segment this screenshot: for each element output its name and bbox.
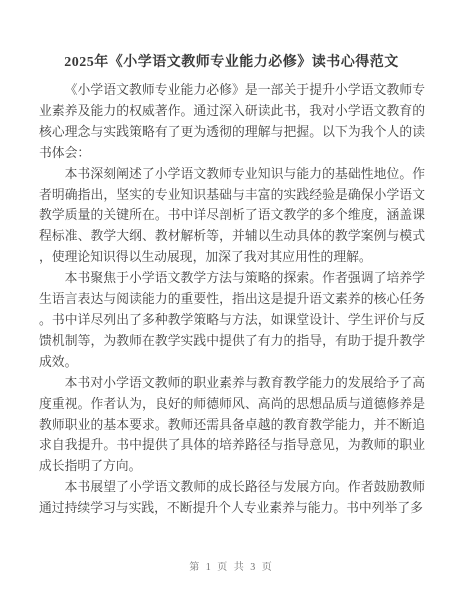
paragraph-growth-outlook: 本书展望了小学语文教师的成长路径与发展方向。作者鼓励教师通过持续学习与实践，不断… (39, 477, 425, 519)
paragraph-knowledge-foundation: 本书深刻阐述了小学语文教师专业知识与能力的基础性地位。作者明确指出，坚实的专业知… (39, 164, 425, 269)
document-title: 2025年《小学语文教师专业能力必修》读书心得范文 (0, 51, 463, 71)
document-body: 《小学语文教师专业能力必修》是一部关于提升小学语文教师专业素养及能力的权威著作。… (39, 80, 425, 519)
paragraph-teaching-methods: 本书聚焦于小学语文教学方法与策略的探索。作者强调了培养学生语言表达与阅读能力的重… (39, 268, 425, 373)
page-number-indicator: 第 1 页 共 3 页 (0, 558, 463, 573)
paragraph-intro: 《小学语文教师专业能力必修》是一部关于提升小学语文教师专业素养及能力的权威著作。… (39, 80, 425, 164)
paragraph-professional-ethics: 本书对小学语文教师的职业素养与教育教学能力的发展给予了高度重视。作者认为，良好的… (39, 373, 425, 478)
document-page: 2025年《小学语文教师专业能力必修》读书心得范文 《小学语文教师专业能力必修》… (0, 0, 463, 600)
